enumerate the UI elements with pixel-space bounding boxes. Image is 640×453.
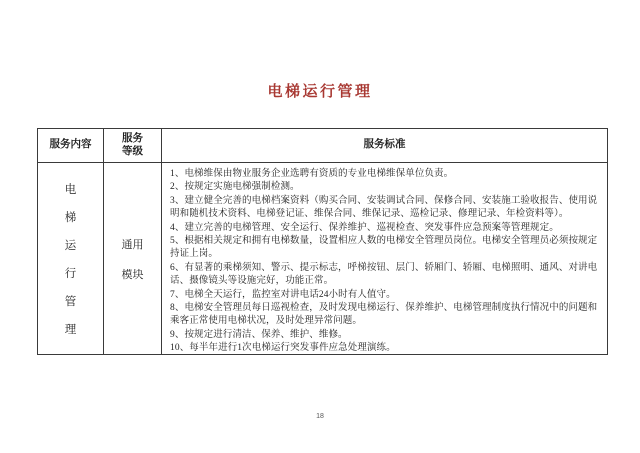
service-level-line: 模块 bbox=[122, 266, 144, 282]
service-standard-item: 2、按规定实施电梯强制检测。 bbox=[170, 181, 599, 194]
header-service-standard-label: 服务标准 bbox=[364, 139, 406, 152]
header-service-standard: 服务标准 bbox=[162, 129, 607, 163]
header-service-level-line2: 等级 bbox=[122, 146, 143, 159]
service-standard-item: 9、按规定进行清洁、保养、维护、维修。 bbox=[170, 329, 599, 342]
header-service-content-label: 服务内容 bbox=[50, 139, 92, 152]
service-standard-item: 10、每半年进行1次电梯运行突发事件应急处理演练。 bbox=[170, 342, 599, 355]
page-title: 电梯运行管理 bbox=[0, 80, 640, 101]
service-level-text: 通用模块 bbox=[104, 163, 161, 354]
page-number: 18 bbox=[0, 413, 640, 420]
service-content-cell: 电梯运行管理 bbox=[38, 163, 104, 354]
service-standard-item: 6、有显著的乘梯须知、警示、提示标志，呼梯按钮、层门、轿厢门、轿厢、电梯照明、通… bbox=[170, 262, 599, 289]
service-level-cell: 通用模块 bbox=[104, 163, 162, 354]
service-standard-item: 3、建立健全完善的电梯档案资料（购买合同、安装调试合同、保修合同、安装施工验收报… bbox=[170, 195, 599, 222]
service-standard-item: 1、电梯维保由物业服务企业选聘有资质的专业电梯维保单位负责。 bbox=[170, 168, 599, 181]
header-service-level: 服务 等级 bbox=[104, 129, 162, 163]
service-standard-table: 服务内容 服务 等级 服务标准 电梯运行管理 通用模块 1、电梯维保由物业服务企… bbox=[37, 128, 608, 355]
service-standard-item: 7、电梯全天运行，监控室对讲电话24小时有人值守。 bbox=[170, 289, 599, 302]
table-body-row: 电梯运行管理 通用模块 1、电梯维保由物业服务企业选聘有资质的专业电梯维保单位负… bbox=[38, 163, 607, 354]
service-content-char: 梯 bbox=[65, 209, 77, 225]
service-content-char: 管 bbox=[65, 293, 77, 309]
service-standard-item: 4、建立完善的电梯管理、安全运行、保养维护、巡视检查、突发事件应急预案等管理规定… bbox=[170, 222, 599, 235]
service-standard-list: 1、电梯维保由物业服务企业选聘有资质的专业电梯维保单位负责。2、按规定实施电梯强… bbox=[162, 163, 607, 356]
service-standard-item: 5、根据相关规定和拥有电梯数量，设置相应人数的电梯安全管理员岗位。电梯安全管理员… bbox=[170, 235, 599, 262]
service-standard-cell: 1、电梯维保由物业服务企业选聘有资质的专业电梯维保单位负责。2、按规定实施电梯强… bbox=[162, 163, 607, 354]
table-header-row: 服务内容 服务 等级 服务标准 bbox=[38, 129, 607, 163]
service-content-char: 行 bbox=[65, 265, 77, 281]
service-level-line: 通用 bbox=[122, 236, 144, 252]
service-content-char: 电 bbox=[65, 181, 77, 197]
service-standard-item: 8、电梯安全管理员每日巡视检查，及时发现电梯运行、保养维护、电梯管理制度执行情况… bbox=[170, 302, 599, 329]
service-content-char: 运 bbox=[65, 237, 77, 253]
header-service-level-line1: 服务 bbox=[122, 133, 143, 146]
service-content-char: 理 bbox=[65, 321, 77, 337]
header-service-content: 服务内容 bbox=[38, 129, 104, 163]
service-content-vertical-text: 电梯运行管理 bbox=[38, 163, 103, 354]
